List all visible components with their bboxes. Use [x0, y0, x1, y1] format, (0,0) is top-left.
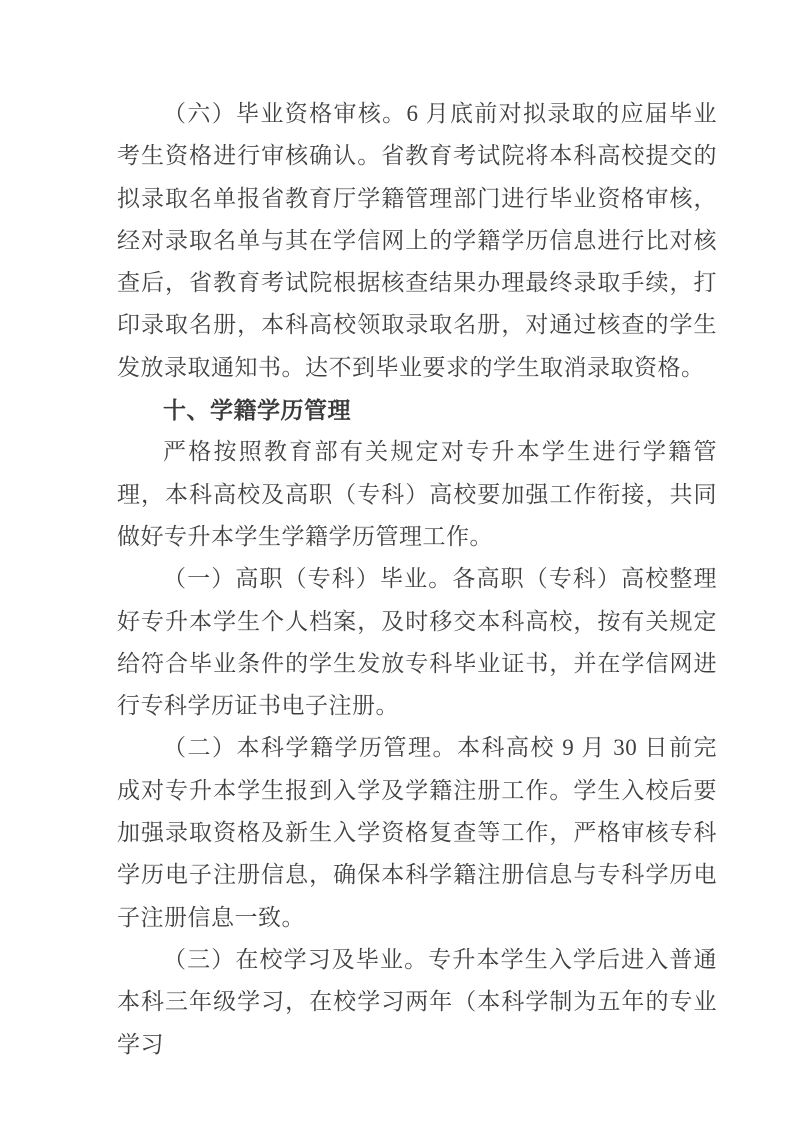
paragraph-item-one-junior-college-graduation: （一）高职（专科）毕业。各高职（专科）高校整理好专升本学生个人档案，及时移交本科… [117, 558, 717, 727]
paragraph-item-three-campus-study-and-graduation: （三）在校学习及毕业。专升本学生入学后进入普通本科三年级学习，在校学习两年（本科… [117, 939, 717, 1066]
paragraph-status-management-intro: 严格按照教育部有关规定对专升本学生进行学籍管理，本科高校及高职（专科）高校要加强… [117, 431, 717, 558]
paragraph-graduation-qualification-review: （六）毕业资格审核。6 月底前对拟录取的应届毕业考生资格进行审核确认。省教育考试… [117, 93, 717, 389]
document-page: （六）毕业资格审核。6 月底前对拟录取的应届毕业考生资格进行审核确认。省教育考试… [0, 0, 793, 1122]
paragraph-item-two-undergrad-status-management: （二）本科学籍学历管理。本科高校 9 月 30 日前完成对专升本学生报到入学及学… [117, 727, 717, 938]
heading-section-ten-status-management: 十、学籍学历管理 [117, 389, 717, 431]
document-content: （六）毕业资格审核。6 月底前对拟录取的应届毕业考生资格进行审核确认。省教育考试… [117, 93, 717, 1066]
